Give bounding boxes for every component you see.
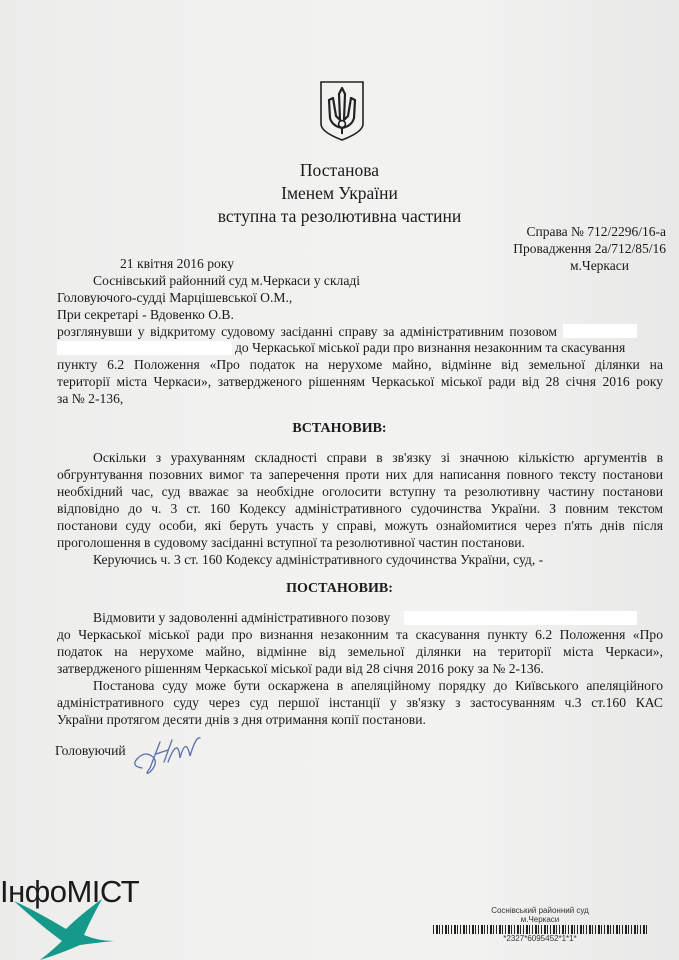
ruling-line: затвердженого рішенням Черкаської місько… <box>57 661 663 677</box>
intro-line: пункту 6.2 Положення «Про податок на нер… <box>57 357 663 373</box>
document-subtitle: Іменем України <box>0 183 679 204</box>
body-line: проголошення в судовому засіданні вступн… <box>57 535 663 551</box>
body-line: обгрунтування позовних вимог та заперече… <box>57 467 663 483</box>
document-date: 21 квітня 2016 року <box>120 256 234 272</box>
intro-line: до Черкаської міської ради про визнання … <box>235 340 630 356</box>
body-line: Керуючись ч. 3 ст. 160 Кодексу адміністр… <box>93 552 679 568</box>
proceeding-number: Провадження 2а/712/85/16 <box>513 241 666 257</box>
body-line: необхідний час, суд вважає за необхідне … <box>57 484 663 500</box>
court-stamp: Соснівський районний суд м.Черкаси *2327… <box>430 906 650 943</box>
bird-logo-icon <box>6 895 126 960</box>
barcode-number: *2327*6095452*1*1* <box>430 934 650 943</box>
ruling-line: до Черкаської міської ради про визнання … <box>57 627 663 643</box>
intro-line: території міста Черкаси», затвердженого … <box>57 374 663 390</box>
intro-line: Головуючого-судді Марцішевської О.М., <box>57 290 663 306</box>
intro-line: за № 2-136, <box>57 391 663 407</box>
document-page: Постанова Іменем України вступна та резо… <box>0 0 679 960</box>
city: м.Черкаси <box>570 258 629 274</box>
barcode <box>433 925 647 934</box>
stamp-court-name: Соснівський районний суд <box>430 906 650 915</box>
intro-line-with-redaction: розглянувши у відкритому судовому засіда… <box>57 324 557 340</box>
intro-line: При секретарі - Вдовенко О.В. <box>57 307 663 323</box>
intro-line: розглянувши у відкритому судовому засіда… <box>57 324 557 340</box>
body-line: постанови суду особи, які беруть участь … <box>57 518 663 534</box>
redacted-plaintiff <box>404 611 637 625</box>
intro-line: Соснівський районний суд м.Черкаси у скл… <box>57 273 663 289</box>
case-number: Справа № 712/2296/16-а <box>526 224 666 240</box>
ruling-line: Постанова суду може бути оскаржена в апе… <box>93 678 663 694</box>
signature-label: Головуючий <box>55 743 126 759</box>
stamp-city: м.Черкаси <box>430 915 650 924</box>
coat-of-arms-icon <box>319 80 365 142</box>
body-line: відповідно до ч. 3 ст. 160 Кодексу адмін… <box>57 501 663 517</box>
redacted-plaintiff <box>563 324 637 338</box>
ruling-line: адміністративного суду через суд першої … <box>57 695 663 711</box>
section-heading-resolved: ПОСТАНОВИВ: <box>0 581 679 597</box>
document-title: Постанова <box>0 160 679 181</box>
body-line: Оскільки з урахуванням складності справи… <box>93 450 663 466</box>
section-heading-established: ВСТАНОВИВ: <box>0 421 679 437</box>
redacted-plaintiff <box>57 341 232 355</box>
ruling-line: України протягом десяти днів з дня отрим… <box>57 712 663 728</box>
signature-icon <box>120 728 210 778</box>
ruling-line: податок на нерухоме майно, відмінне від … <box>57 644 663 660</box>
